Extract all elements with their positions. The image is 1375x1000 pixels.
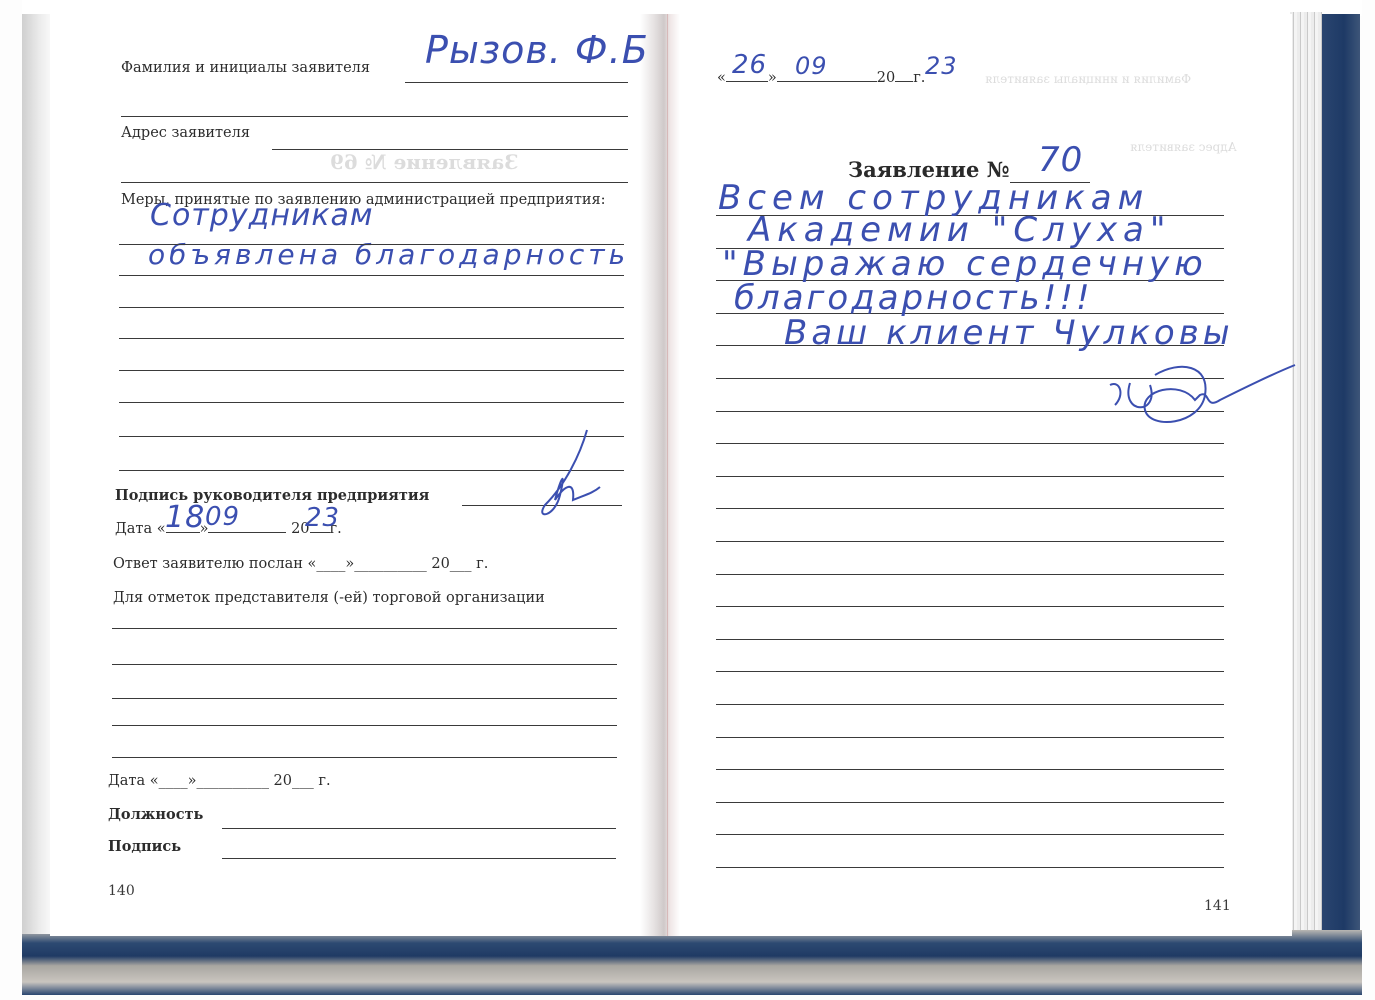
manager-date-day[interactable]: 18 bbox=[165, 500, 205, 535]
ruled-line bbox=[716, 606, 1224, 607]
statement-number[interactable]: 70 bbox=[1038, 140, 1083, 180]
position-label: Должность bbox=[108, 806, 203, 823]
ruled-line bbox=[112, 664, 617, 665]
ruled-line bbox=[716, 541, 1224, 542]
ruled-line bbox=[112, 725, 617, 726]
measures-handwritten-line-2[interactable]: объявлена благодарность bbox=[148, 238, 629, 271]
statement-line-5[interactable]: Ваш клиент Чулковы bbox=[784, 313, 1234, 353]
ruled-line bbox=[716, 574, 1224, 575]
address-rule-2 bbox=[121, 182, 628, 183]
measures-handwritten-line-1[interactable]: Сотрудникам bbox=[150, 198, 374, 233]
ruled-line bbox=[112, 698, 617, 699]
page-number-right: 141 bbox=[1204, 898, 1231, 914]
bleed-through-text-right: Фамилия и инициалы заявителя bbox=[985, 72, 1191, 86]
right-date-year[interactable]: 23 bbox=[925, 52, 958, 80]
applicant-name-rule-2 bbox=[121, 116, 628, 117]
page-stack-edge bbox=[1290, 12, 1322, 937]
ruled-line bbox=[716, 802, 1224, 803]
ruled-line bbox=[119, 370, 624, 371]
right-date-day[interactable]: 26 bbox=[732, 50, 767, 80]
gutter-line bbox=[667, 14, 668, 936]
trade-org-label: Для отметок представителя (-ей) торговой… bbox=[113, 590, 545, 606]
manager-signature-mark bbox=[525, 425, 605, 525]
ruled-line bbox=[716, 867, 1224, 868]
ruled-line bbox=[716, 671, 1224, 672]
book-cover-right bbox=[1320, 14, 1360, 934]
page-left-edge bbox=[22, 14, 52, 934]
ruled-line bbox=[716, 737, 1224, 738]
right-date-year-prefix: 20 bbox=[877, 70, 895, 86]
applicant-name-label: Фамилия и инициалы заявителя bbox=[121, 60, 370, 76]
address-label: Адрес заявителя bbox=[121, 125, 250, 141]
date-prefix: Дата « bbox=[115, 521, 166, 537]
ruled-line bbox=[119, 402, 624, 403]
signature-rule bbox=[222, 858, 616, 859]
ruled-line bbox=[716, 639, 1224, 640]
book-gutter bbox=[640, 14, 680, 936]
ruled-line bbox=[119, 307, 624, 308]
manager-date-month[interactable]: 09 bbox=[205, 502, 240, 532]
page-number-left: 140 bbox=[108, 883, 135, 899]
ruled-line bbox=[112, 757, 617, 758]
applicant-name-handwritten[interactable]: Рызов. Ф.Б bbox=[425, 28, 649, 72]
bleed-through-text: Заявление № 69 bbox=[330, 150, 519, 174]
manager-date-year[interactable]: 23 bbox=[305, 503, 340, 533]
ruled-line bbox=[716, 704, 1224, 705]
ruled-line bbox=[119, 275, 624, 276]
ruled-line bbox=[716, 834, 1224, 835]
client-signature bbox=[1100, 355, 1300, 445]
ruled-line bbox=[119, 244, 624, 245]
bleed-through-text-right-2: Адрес заявителя bbox=[1130, 140, 1237, 154]
bottom-date-label: Дата «____»__________ 20___ г. bbox=[108, 773, 331, 789]
ruled-line bbox=[716, 769, 1224, 770]
right-date-suffix: г. bbox=[913, 70, 925, 86]
applicant-name-rule bbox=[405, 82, 628, 83]
ruled-line bbox=[716, 476, 1224, 477]
position-rule bbox=[222, 828, 616, 829]
right-date-month[interactable]: 09 bbox=[795, 52, 828, 80]
statement-line-4[interactable]: благодарность!!! bbox=[734, 278, 1093, 318]
book-cover-bottom bbox=[22, 930, 1362, 995]
ruled-line bbox=[716, 508, 1224, 509]
signature-label: Подпись bbox=[108, 838, 181, 855]
right-date-year-blank bbox=[895, 67, 913, 82]
manager-signature-label: Подпись руководителя предприятия bbox=[115, 487, 429, 504]
ruled-line bbox=[112, 628, 617, 629]
ruled-line bbox=[119, 338, 624, 339]
scanned-book-spread: Фамилия и инициалы заявителя Рызов. Ф.Б … bbox=[0, 0, 1375, 1000]
reply-sent-label: Ответ заявителю послан «____»__________ … bbox=[113, 556, 488, 572]
